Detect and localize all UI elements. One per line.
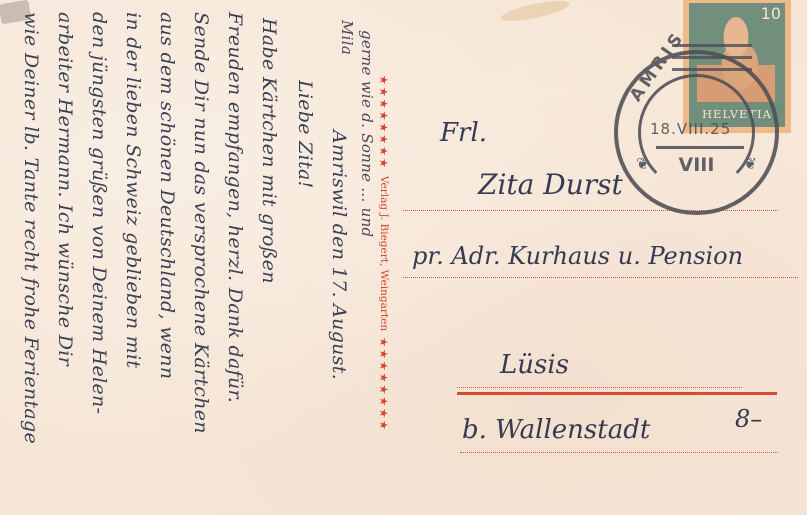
leaf-icon: ❦: [744, 154, 757, 173]
address-name: Zita Durst: [478, 168, 623, 201]
address-salutation: Frl.: [440, 118, 487, 148]
message-line: arbeiter Hermann. Ich wünsche Dir: [54, 12, 76, 366]
message-line: aus dem schönen Deutschland, wenn: [156, 12, 178, 379]
publisher-divider: ★★★★★★★★ Verlag J. Biegert, Weingarten ★…: [377, 75, 407, 475]
address-line-3: [457, 387, 742, 388]
decorative-stars: ★★★★★★★★: [378, 75, 391, 170]
paper-stain: [499, 0, 570, 25]
address-underline: [457, 392, 777, 395]
postmark-bar: [656, 146, 744, 149]
stamp-value: 10: [761, 4, 781, 23]
address-town: Lüsis: [500, 350, 569, 380]
address-line-4: [460, 452, 778, 453]
postmark-date: 18.VIII.25: [650, 120, 731, 138]
message-line: wie Deiner lb. Tante recht frohe Ferient…: [20, 12, 42, 444]
message-line: Habe Kärtchen mit großen: [258, 18, 280, 284]
message-side-note-2: Mila: [338, 20, 356, 55]
address-line-2: [403, 277, 798, 278]
address-care-of: pr. Adr. Kurhaus u. Pension: [412, 242, 743, 270]
message-greeting: Liebe Zita!: [294, 80, 316, 189]
leaf-icon: ❦: [636, 154, 649, 173]
address-note: 8–: [735, 405, 762, 433]
message-line: in der lieben Schweiz geblieben mit: [122, 12, 144, 368]
message-date: Amriswil den 17. August.: [328, 130, 350, 380]
publisher-imprint: Verlag J. Biegert, Weingarten: [378, 176, 390, 331]
message-line: den jüngsten grüßen von Deinem Helen-: [88, 12, 110, 414]
message-line: Sende Dir nun das versprochene Kärtchen: [190, 12, 212, 434]
handwritten-message: gerne wie d. Sonne ... und Mila Amriswil…: [0, 0, 380, 515]
postmark: AMRIS 18.VIII.25 VIII ❦ ❦: [614, 50, 779, 215]
decorative-stars: ★★★★★★★★: [378, 337, 391, 432]
postcard: gerne wie d. Sonne ... und Mila Amriswil…: [0, 0, 807, 515]
message-line: Freuden empfangen, herzl. Dank dafür.: [224, 12, 246, 403]
address-region: b. Wallenstadt: [462, 415, 650, 445]
